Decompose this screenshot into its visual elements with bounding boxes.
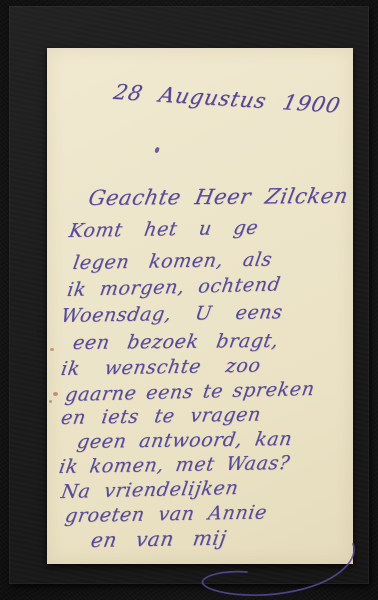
letter-closing-line: groeten van Annie xyxy=(64,501,269,527)
paper-speck xyxy=(53,392,58,396)
letter-line: ik wenschte zoo xyxy=(60,355,263,380)
letter-line: ik morgen, ochtend xyxy=(66,273,283,301)
letter-salutation: Geachte Heer Zilcken xyxy=(87,184,351,210)
letter-closing-line: Na vriendelijken xyxy=(60,477,240,503)
letter-line: een bezoek bragt, xyxy=(71,330,280,354)
letter-line: Woensdag, U eens xyxy=(60,301,285,327)
paper-speck xyxy=(50,348,54,351)
letter-paper: 28 Augustus 1900 Geachte Heer Zilcken Ko… xyxy=(47,48,353,564)
letter-line: geen antwoord, kan xyxy=(75,428,294,453)
letter-line: legen komen, als xyxy=(72,249,274,274)
signature-flourish xyxy=(195,540,367,600)
photo-background: 28 Augustus 1900 Geachte Heer Zilcken Ko… xyxy=(0,0,378,600)
letter-line: Komt het u ge xyxy=(68,217,261,242)
letter-date: 28 Augustus 1900 xyxy=(111,80,343,118)
letter-line: en iets te vragen xyxy=(60,404,263,429)
letter-line: gaarne eens te spreken xyxy=(64,378,317,406)
paper-speck xyxy=(49,400,52,403)
ink-speck xyxy=(154,147,160,154)
black-mount-card: 28 Augustus 1900 Geachte Heer Zilcken Ko… xyxy=(9,6,369,584)
letter-line: ik komen, met Waas? xyxy=(58,452,292,478)
